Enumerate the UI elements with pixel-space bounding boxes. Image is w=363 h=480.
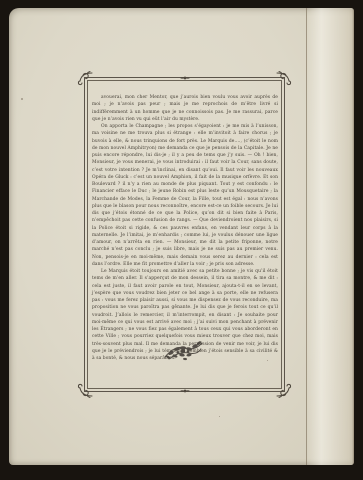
paper-page: avouerai, mon cher Mentor, que j’aurois … [9,8,354,465]
page-fore-edge [306,8,354,465]
paper-speck [219,416,220,417]
ornamental-border-frame: avouerai, mon cher Mentor, que j’aurois … [84,77,285,392]
paragraph: On apporta le Champagne ; les propos s’é… [92,123,278,268]
corner-flourish-icon [276,70,292,86]
paper-speck [21,98,23,100]
corner-flourish-icon [77,70,93,86]
scanned-book-page: avouerai, mon cher Mentor, que j’aurois … [0,0,363,480]
top-rule-motif-icon [180,75,190,81]
paragraph: avouerai, mon cher Mentor, que j’aurois … [92,94,278,123]
floral-vignette-icon [161,335,205,365]
bottom-rule-motif-icon [180,388,190,394]
body-text: avouerai, mon cher Mentor, que j’aurois … [92,94,278,362]
corner-flourish-icon [276,383,292,399]
corner-flourish-icon [77,383,93,399]
